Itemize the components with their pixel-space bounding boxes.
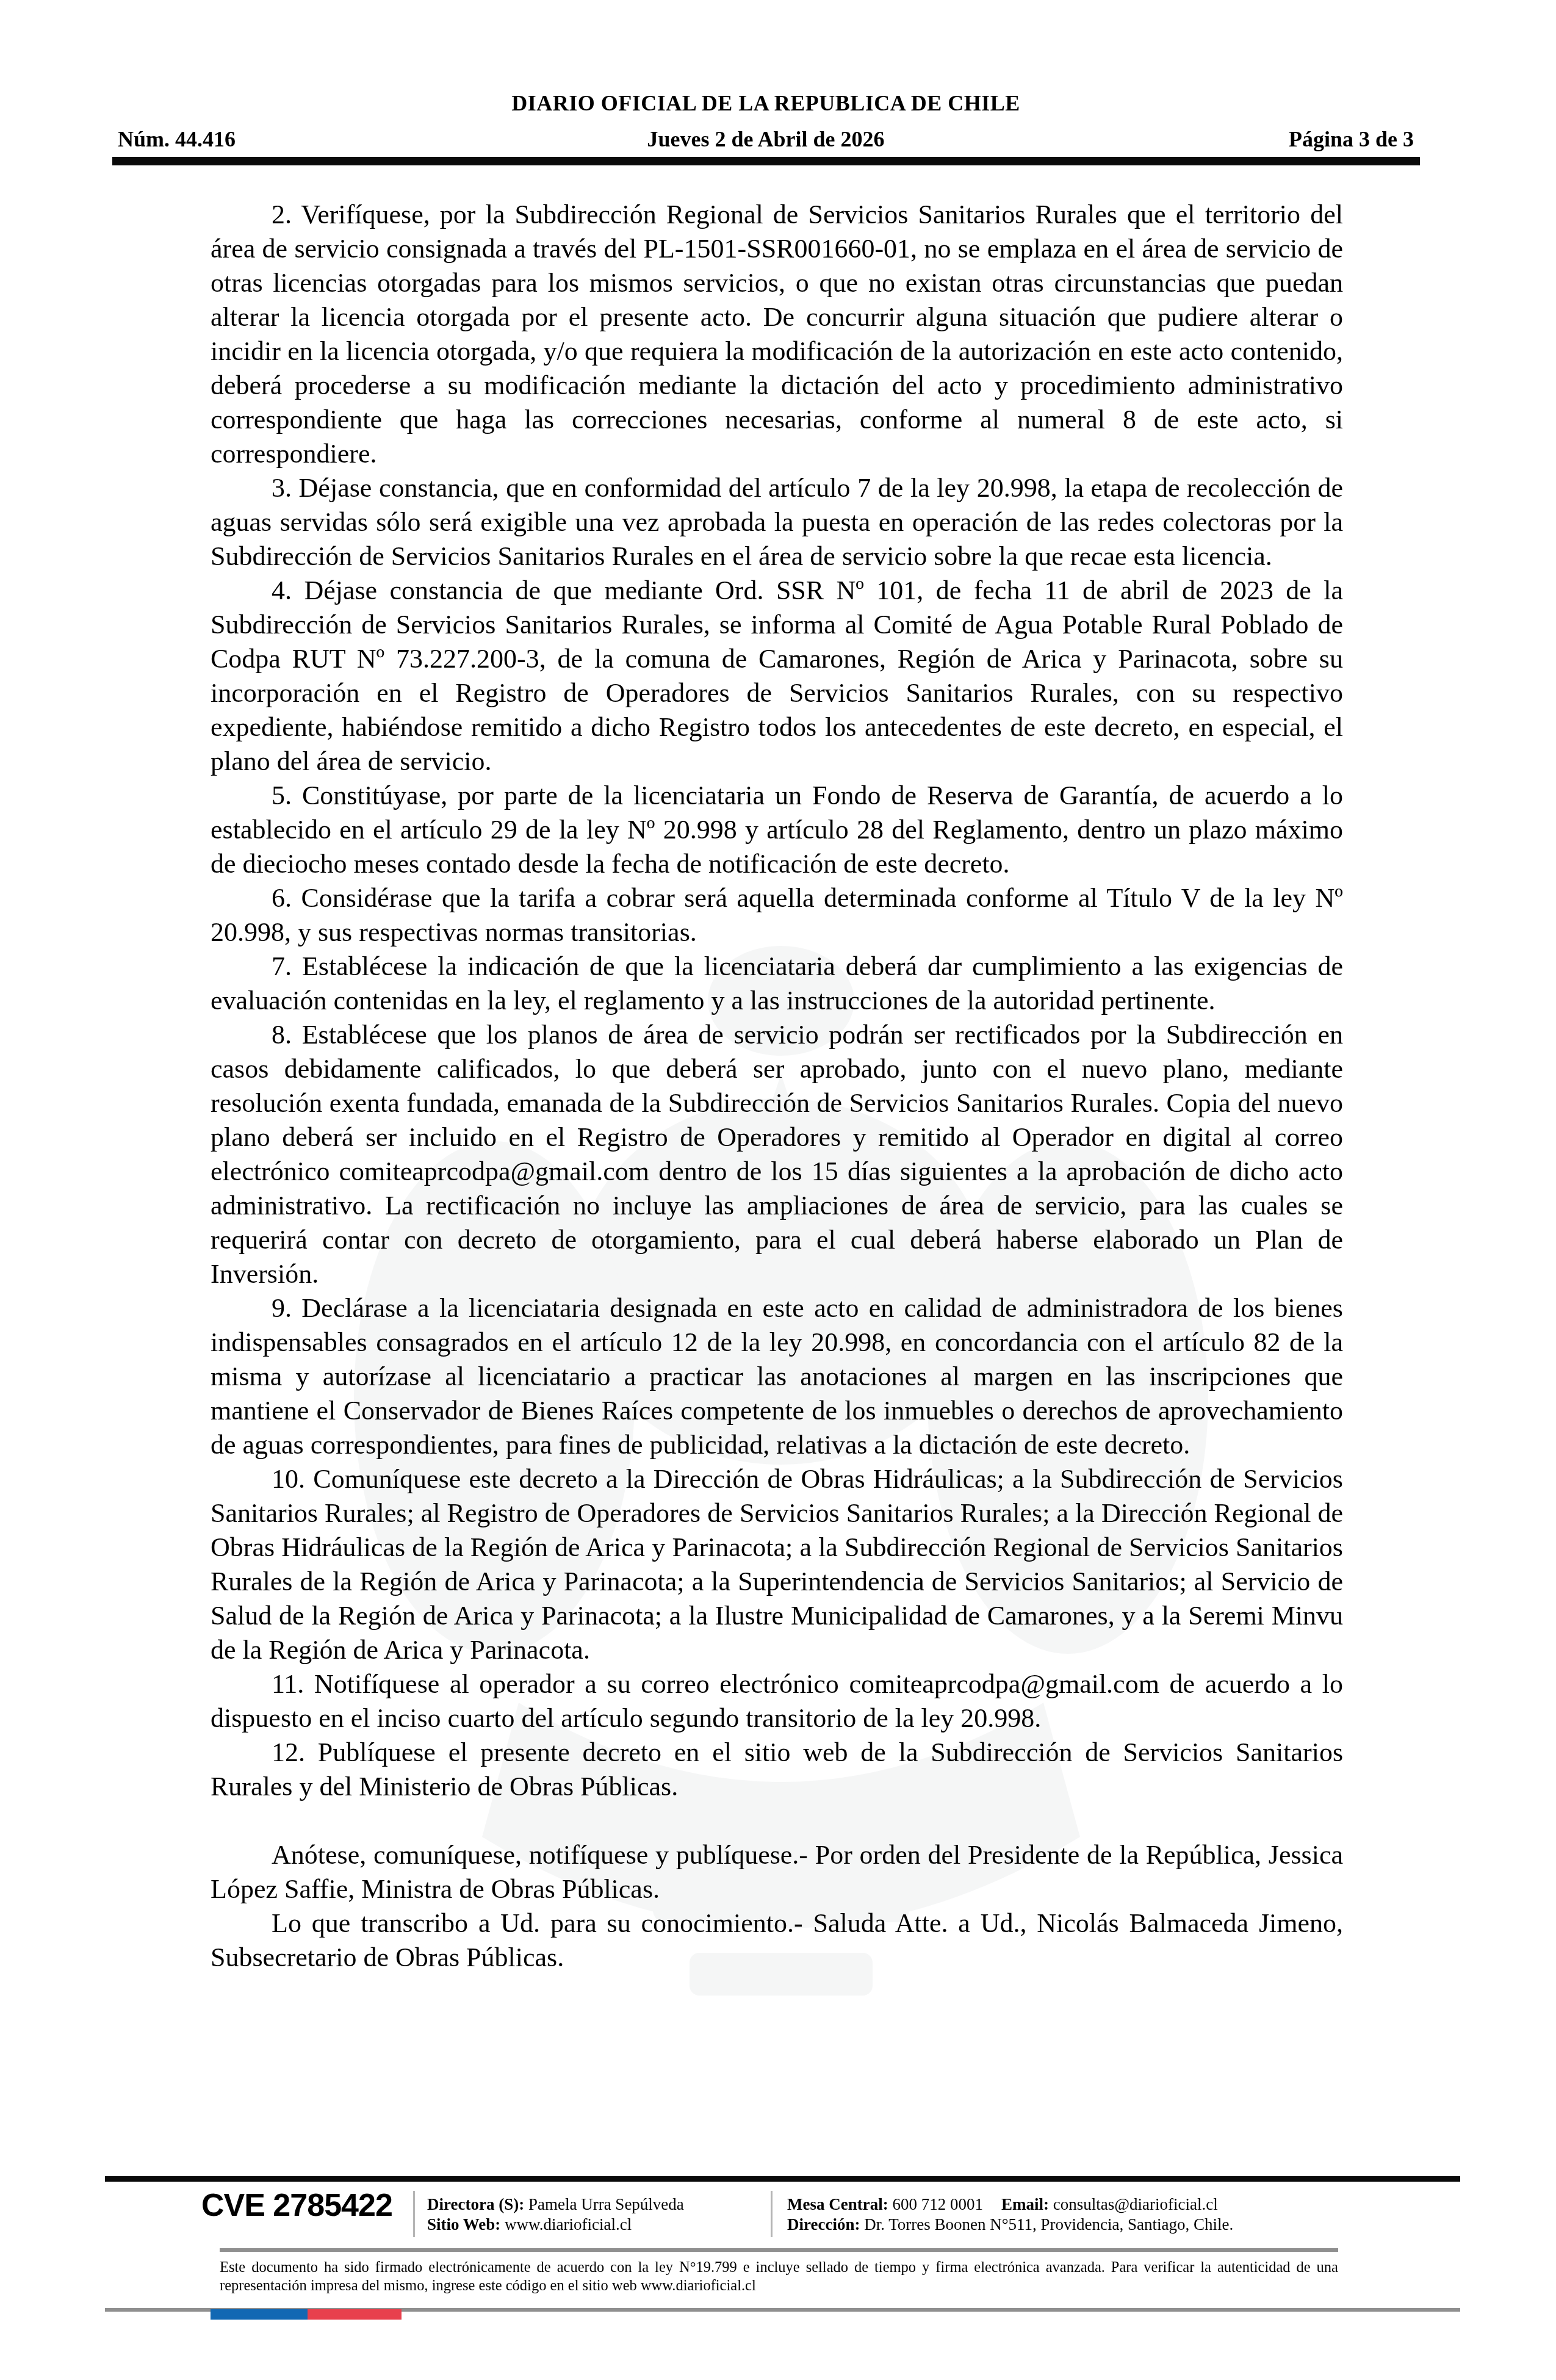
email-label: Email: bbox=[1001, 2195, 1049, 2213]
director-label: Directora (S): bbox=[427, 2195, 524, 2213]
cve-code: CVE 2785422 bbox=[201, 2190, 415, 2221]
body-paragraph: 11. Notifíquese al operador a su correo … bbox=[211, 1667, 1343, 1736]
footer-divider bbox=[771, 2191, 773, 2237]
footer-middle-rule bbox=[220, 2248, 1338, 2252]
website-label: Sitio Web: bbox=[427, 2215, 500, 2234]
closing-paragraph: Anótese, comuníquese, notifíquese y publ… bbox=[211, 1838, 1343, 1906]
footer-contact-column: Mesa Central: 600 712 0001Email: consult… bbox=[787, 2194, 1233, 2235]
director-value: Pamela Urra Sepúlveda bbox=[528, 2195, 684, 2213]
page-title: DIARIO OFICIAL DE LA REPUBLICA DE CHILE bbox=[113, 90, 1419, 116]
website-line: Sitio Web: www.diarioficial.cl bbox=[427, 2215, 684, 2235]
gazette-page: DIARIO OFICIAL DE LA REPUBLICA DE CHILE … bbox=[0, 0, 1556, 2380]
website-value: www.diarioficial.cl bbox=[505, 2215, 632, 2234]
email-value: consultas@diarioficial.cl bbox=[1053, 2195, 1218, 2213]
page-indicator: Página 3 de 3 bbox=[1289, 124, 1414, 154]
address-label: Dirección: bbox=[787, 2215, 860, 2234]
body-paragraph: 10. Comuníquese este decreto a la Direcc… bbox=[211, 1462, 1343, 1667]
body-paragraph: 2. Verifíquese, por la Subdirección Regi… bbox=[211, 198, 1343, 471]
body-paragraph: 6. Considérase que la tarifa a cobrar se… bbox=[211, 881, 1343, 950]
issue-date: Jueves 2 de Abril de 2026 bbox=[113, 124, 1419, 154]
flag-blue-segment bbox=[211, 2309, 308, 2320]
phone-value: 600 712 0001 bbox=[892, 2195, 983, 2213]
body-paragraph: 12. Publíquese el presente decreto en el… bbox=[211, 1736, 1343, 1804]
signature-disclaimer: Este documento ha sido firmado electróni… bbox=[220, 2259, 1338, 2295]
chile-flag-bar bbox=[211, 2309, 402, 2320]
director-line: Directora (S): Pamela Urra Sepúlveda bbox=[427, 2194, 684, 2215]
decree-text: 2. Verifíquese, por la Subdirección Regi… bbox=[211, 198, 1343, 1975]
body-paragraph: 7. Establécese la indicación de que la l… bbox=[211, 950, 1343, 1018]
footer-divider bbox=[413, 2191, 415, 2237]
header-meta-row: Núm. 44.416 Jueves 2 de Abril de 2026 Pá… bbox=[113, 124, 1419, 154]
phone-email-line: Mesa Central: 600 712 0001Email: consult… bbox=[787, 2194, 1233, 2215]
footer-top-rule bbox=[105, 2176, 1460, 2182]
phone-label: Mesa Central: bbox=[787, 2195, 888, 2213]
flag-red-segment bbox=[308, 2309, 402, 2320]
body-paragraph: 8. Establécese que los planos de área de… bbox=[211, 1018, 1343, 1291]
body-paragraph: 4. Déjase constancia de que mediante Ord… bbox=[211, 574, 1343, 779]
body-paragraph: 5. Constitúyase, por parte de la licenci… bbox=[211, 779, 1343, 881]
address-line: Dirección: Dr. Torres Boonen N°511, Prov… bbox=[787, 2215, 1233, 2235]
body-paragraph: 3. Déjase constancia, que en conformidad… bbox=[211, 471, 1343, 574]
header-rule bbox=[112, 157, 1420, 165]
address-value: Dr. Torres Boonen N°511, Providencia, Sa… bbox=[864, 2215, 1233, 2234]
footer-director-column: Directora (S): Pamela Urra Sepúlveda Sit… bbox=[427, 2194, 684, 2235]
body-paragraph: 9. Declárase a la licenciataria designad… bbox=[211, 1291, 1343, 1462]
closing-paragraph: Lo que transcribo a Ud. para su conocimi… bbox=[211, 1906, 1343, 1975]
